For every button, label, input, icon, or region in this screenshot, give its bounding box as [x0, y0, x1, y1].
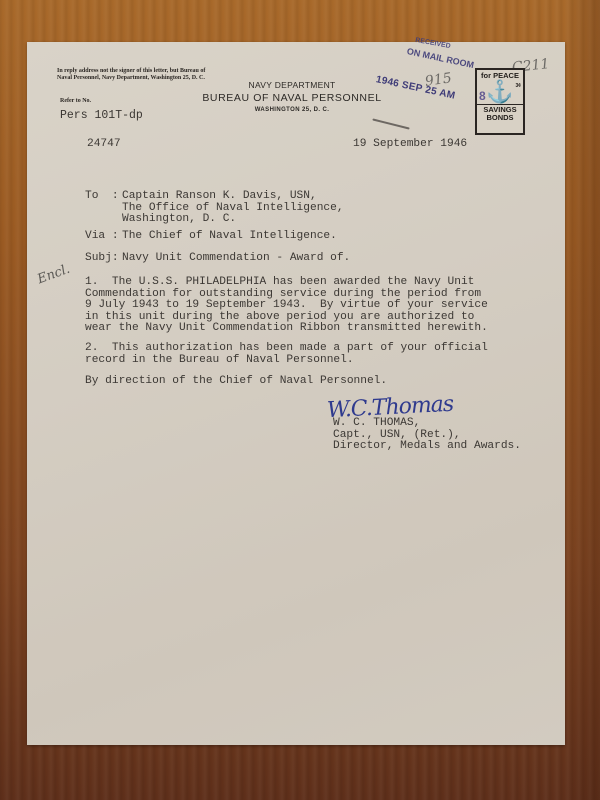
- pen-mark: [372, 118, 409, 129]
- savings-bonds-stamp: for PEACE ⚓ 3¢ 8 SAVINGS BONDS: [475, 68, 525, 135]
- signature-block: W. C. THOMAS, Capt., USN, (Ret.), Direct…: [333, 418, 521, 453]
- wood-background: [565, 0, 600, 800]
- paragraph-1: 1. The U.S.S. PHILADELPHIA has been awar…: [85, 277, 488, 335]
- to-label: To :: [85, 191, 119, 203]
- recipient-address: Captain Ranson K. Davis, USN, The Office…: [122, 191, 344, 226]
- file-number: 24747: [87, 139, 121, 151]
- stamp-overprint: 8: [479, 84, 486, 108]
- direction-line: By direction of the Chief of Naval Perso…: [85, 376, 387, 388]
- via-label: Via :: [85, 231, 119, 243]
- subject-label: Subj:: [85, 253, 119, 265]
- stamp-denomination: 3¢: [515, 84, 521, 89]
- letter-page: In reply address not the signer of this …: [27, 42, 565, 745]
- handwritten-margin-note: Encl.: [36, 263, 72, 287]
- mail-room-text: ON MAIL ROOM: [406, 46, 475, 70]
- anchor-icon: ⚓ 3¢ 8: [477, 80, 523, 104]
- subject-text: Navy Unit Commendation - Award of.: [122, 253, 350, 265]
- letter-date: 19 September 1946: [353, 139, 467, 151]
- reference-number: Pers 101T-dp: [60, 109, 143, 122]
- paragraph-2: 2. This authorization has been made a pa…: [85, 343, 488, 366]
- refer-label: Refer to No.: [60, 98, 91, 104]
- via-text: The Chief of Naval Intelligence.: [122, 231, 337, 243]
